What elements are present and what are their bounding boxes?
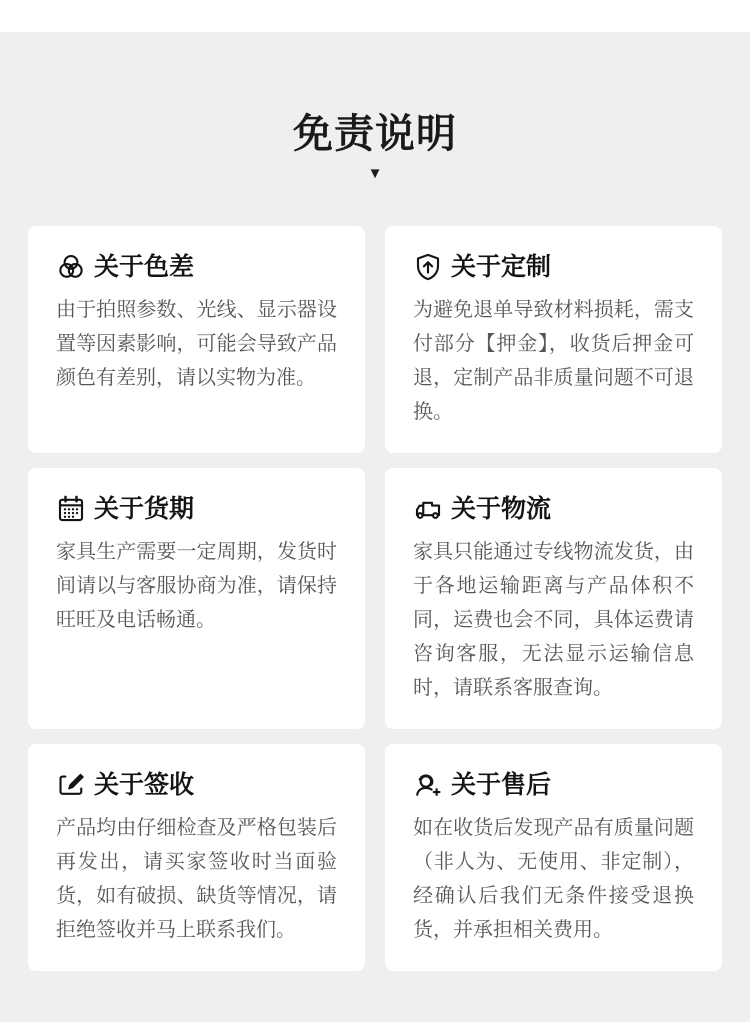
card-header: 关于色差 — [56, 252, 337, 282]
calendar-icon — [56, 494, 86, 524]
card-body-text: 产品均由仔细检查及严格包装后再发出，请买家签收时当面验货，如有破损、缺货等情况，… — [56, 811, 337, 947]
aftersale-service-icon — [413, 770, 443, 800]
card-title: 关于定制 — [451, 252, 551, 282]
card-title: 关于签收 — [94, 770, 194, 800]
card-after-sales: 关于售后 如在收货后发现产品有质量问题（非人为、无使用、非定制），经确认后我们无… — [385, 744, 722, 971]
disclaimer-section: 免责说明 ▼ 关于色差 由于拍照参数、光线、显示器设置等因素影响，可能会导致产品… — [0, 32, 750, 1022]
page-title: 免责说明 — [28, 110, 722, 158]
down-triangle-icon: ▼ — [28, 166, 722, 182]
card-customization: 关于定制 为避免退单导致材料损耗，需支付部分【押金】，收货后押金可退，定制产品非… — [385, 226, 722, 453]
card-body-text: 由于拍照参数、光线、显示器设置等因素影响，可能会导致产品颜色有差别，请以实物为准… — [56, 293, 337, 395]
card-body-text: 家具只能通过专线物流发货，由于各地运输距离与产品体积不同，运费也会不同，具体运费… — [413, 535, 694, 705]
card-receipt: 关于签收 产品均由仔细检查及严格包装后再发出，请买家签收时当面验货，如有破损、缺… — [28, 744, 365, 971]
card-header: 关于定制 — [413, 252, 694, 282]
card-color-difference: 关于色差 由于拍照参数、光线、显示器设置等因素影响，可能会导致产品颜色有差别，请… — [28, 226, 365, 453]
card-title: 关于售后 — [451, 770, 551, 800]
card-title: 关于色差 — [94, 252, 194, 282]
card-body-text: 如在收货后发现产品有质量问题（非人为、无使用、非定制），经确认后我们无条件接受退… — [413, 811, 694, 947]
receipt-sign-icon — [56, 770, 86, 800]
logistics-truck-icon — [413, 494, 443, 524]
card-title: 关于物流 — [451, 494, 551, 524]
card-header: 关于售后 — [413, 770, 694, 800]
card-header: 关于签收 — [56, 770, 337, 800]
card-logistics: 关于物流 家具只能通过专线物流发货，由于各地运输距离与产品体积不同，运费也会不同… — [385, 468, 722, 729]
card-header: 关于物流 — [413, 494, 694, 524]
color-diff-icon — [56, 252, 86, 282]
card-lead-time: 关于货期 家具生产需要一定周期，发货时间请以与客服协商为准，请保持旺旺及电话畅通… — [28, 468, 365, 729]
disclaimer-cards-grid: 关于色差 由于拍照参数、光线、显示器设置等因素影响，可能会导致产品颜色有差别，请… — [28, 226, 722, 971]
card-header: 关于货期 — [56, 494, 337, 524]
card-body-text: 家具生产需要一定周期，发货时间请以与客服协商为准，请保持旺旺及电话畅通。 — [56, 535, 337, 637]
card-body-text: 为避免退单导致材料损耗，需支付部分【押金】，收货后押金可退，定制产品非质量问题不… — [413, 293, 694, 429]
card-title: 关于货期 — [94, 494, 194, 524]
custom-shield-icon — [413, 252, 443, 282]
